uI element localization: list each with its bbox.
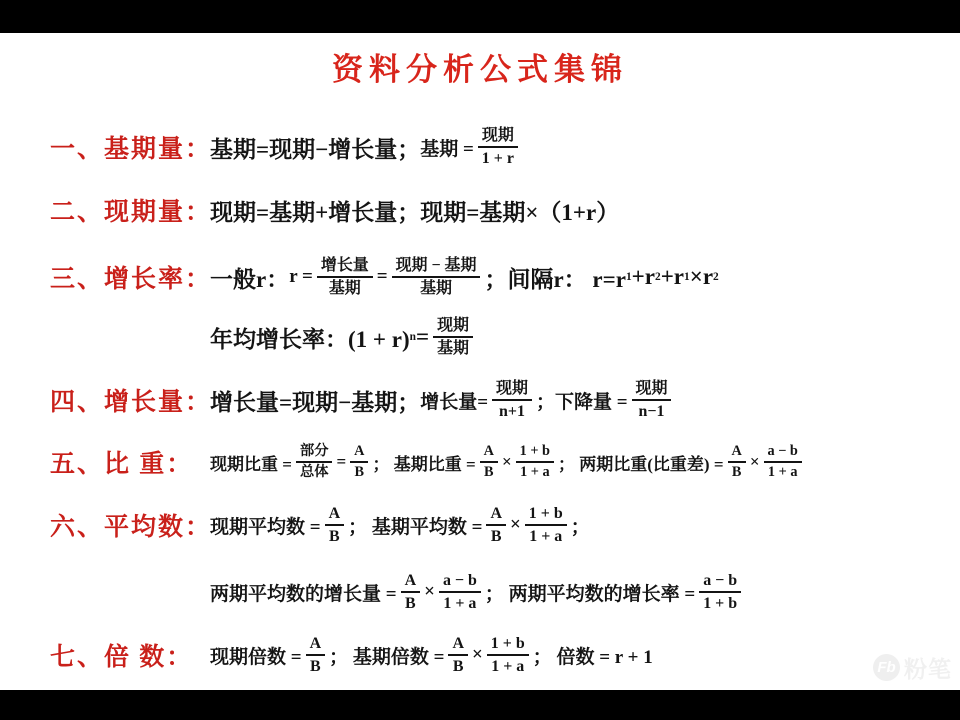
section-label: 二、现期量： — [50, 192, 210, 228]
fraction: 现期n+1 — [492, 379, 532, 421]
formula-row: 二、现期量：现期=基期+增长量；现期=基期×（1+r） — [50, 190, 954, 230]
formula-text: ； 基期倍数 = — [329, 642, 444, 669]
formula-text: × — [510, 514, 521, 536]
formula-row: 五、比 重：现期比重 = 部分总体 = AB； 基期比重 = AB × 1 + … — [50, 431, 954, 493]
fenbi-logo-icon: Fb — [873, 654, 900, 681]
formula-row: 三、增长率：一般r：r = 增长量基期 = 现期 − 基期基期 ；间隔r： r=… — [50, 246, 954, 308]
formula-text: × — [424, 581, 435, 603]
fraction: AB — [401, 571, 421, 613]
formula-content: 一般r：r = 增长量基期 = 现期 − 基期基期 ；间隔r： r=r1+r2+… — [210, 256, 719, 298]
fraction: 1 + b1 + a — [487, 634, 529, 676]
formula-content: 基期=现期−增长量； 基期 = 现期1 + r — [210, 126, 522, 168]
fraction: 1 + b1 + a — [516, 443, 554, 481]
formula-text: 现期=基期+增长量；现期=基期×（1+r） — [210, 194, 619, 227]
formula-text: = — [336, 452, 346, 472]
fraction: AB — [325, 504, 345, 546]
fraction: 现期 − 基期基期 — [392, 256, 481, 298]
formula-text: ；下降量 = — [536, 387, 628, 414]
fenbi-logo-text: 粉笔 — [904, 651, 952, 684]
fraction: 现期基期 — [433, 316, 473, 358]
formula-content: 现期倍数 = AB； 基期倍数 = AB × 1 + b1 + a； 倍数 = … — [210, 634, 653, 676]
fenbi-watermark: Fb 粉笔 — [873, 651, 952, 684]
formula-text: × — [472, 644, 483, 666]
fraction: AB — [486, 504, 506, 546]
fraction: AB — [350, 443, 368, 481]
formula-text: 年均增长率：(1 + r) — [210, 321, 410, 354]
formula-text: ； 基期平均数 = — [348, 512, 482, 539]
section-label: 七、倍 数： — [50, 637, 210, 673]
formula-text: ×r — [690, 264, 713, 290]
fraction: 1 + b1 + a — [525, 504, 567, 546]
formula-text: r = — [289, 266, 313, 288]
fraction: a − b1 + b — [699, 571, 741, 613]
formula-text: ； 倍数 = r + 1 — [533, 642, 653, 669]
sub-script: 2 — [713, 271, 719, 283]
formula-text: 一般r： — [210, 261, 289, 294]
formula-text: = — [416, 324, 429, 350]
formula-text: ； 基期比重 = — [372, 450, 475, 475]
slide-formula-sheet: 资料分析公式集锦 一、基期量：基期=现期−增长量； 基期 = 现期1 + r二、… — [0, 0, 960, 720]
fraction: AB — [480, 443, 498, 481]
fraction: 现期n−1 — [632, 379, 672, 421]
formula-row: 七、倍 数：现期倍数 = AB； 基期倍数 = AB × 1 + b1 + a；… — [50, 625, 954, 685]
formula-content: 现期=基期+增长量；现期=基期×（1+r） — [210, 194, 619, 227]
section-label: 四、增长量： — [50, 382, 210, 418]
formula-row: 六、平均数：现期平均数 = AB； 基期平均数 = AB × 1 + b1 + … — [50, 496, 954, 554]
fraction: 增长量基期 — [317, 256, 373, 298]
formula-text: ； — [571, 512, 590, 539]
fraction: a − b1 + a — [439, 571, 481, 613]
formula-row: 四、增长量：增长量=现期−基期；增长量=现期n+1；下降量 = 现期n−1 — [50, 372, 954, 428]
formula-content: 现期比重 = 部分总体 = AB； 基期比重 = AB × 1 + b1 + a… — [210, 443, 806, 481]
section-label: 一、基期量： — [50, 129, 210, 165]
formula-content: 年均增长率：(1 + r)n = 现期基期 — [210, 316, 477, 358]
formula-text: × — [750, 452, 760, 472]
formula-text: 增长量= — [420, 387, 488, 414]
fraction: AB — [448, 634, 468, 676]
formula-text: ； 两期比重(比重差) = — [558, 450, 724, 475]
formula-content: 现期平均数 = AB； 基期平均数 = AB × 1 + b1 + a； — [210, 504, 590, 546]
formula-text: ；间隔r： r=r — [484, 261, 625, 294]
formula-text: 现期比重 = — [210, 450, 292, 475]
section-label: 六、平均数： — [50, 507, 210, 543]
formula-text: = — [377, 266, 388, 288]
formula-text: +r — [661, 264, 684, 290]
page-title: 资料分析公式集锦 — [0, 44, 960, 89]
fraction: AB — [306, 634, 326, 676]
formula-text: 基期 = — [420, 134, 474, 161]
formula-text: 增长量=现期−基期； — [210, 384, 420, 417]
section-label: 三、增长率： — [50, 259, 210, 295]
letterbox-top — [0, 0, 960, 33]
fraction: 现期1 + r — [478, 126, 518, 168]
formula-text: 两期平均数的增长量 = — [210, 579, 397, 606]
formula-row: 两期平均数的增长量 = AB × a − b1 + a； 两期平均数的增长率 =… — [50, 562, 954, 622]
formula-row: 年均增长率：(1 + r)n = 现期基期 — [50, 306, 954, 368]
letterbox-bottom — [0, 690, 960, 720]
fraction: a − b1 + a — [764, 443, 802, 481]
formula-text: × — [502, 452, 512, 472]
formula-content: 增长量=现期−基期；增长量=现期n+1；下降量 = 现期n−1 — [210, 379, 675, 421]
fraction: AB — [728, 443, 746, 481]
section-label: 五、比 重： — [50, 444, 210, 480]
fraction: 部分总体 — [296, 443, 333, 481]
formula-text: 现期平均数 = — [210, 512, 321, 539]
formula-content: 两期平均数的增长量 = AB × a − b1 + a； 两期平均数的增长率 =… — [210, 571, 745, 613]
formula-text: 现期倍数 = — [210, 642, 302, 669]
formula-row: 一、基期量：基期=现期−增长量； 基期 = 现期1 + r — [50, 118, 954, 176]
formula-text: 基期=现期−增长量； — [210, 131, 420, 164]
formula-text: +r — [632, 264, 655, 290]
formula-text: ； 两期平均数的增长率 = — [485, 579, 695, 606]
